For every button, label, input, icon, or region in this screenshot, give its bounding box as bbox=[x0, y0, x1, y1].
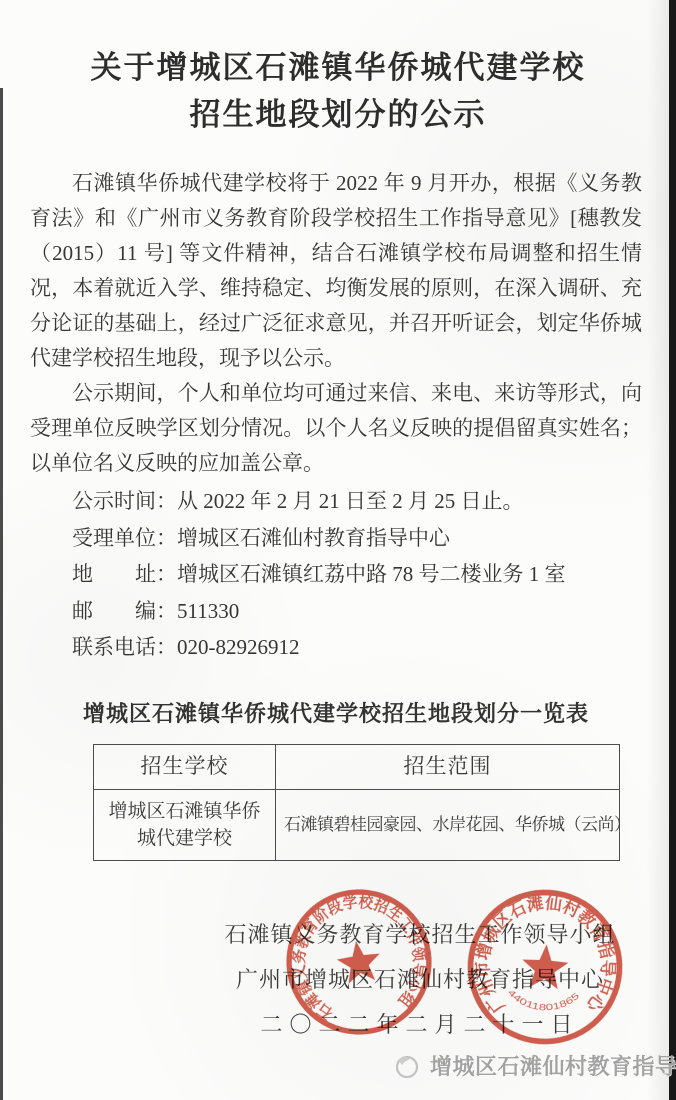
cell-enroll-range: 石滩镇碧桂园豪园、水岸花园、华侨城（云尚） bbox=[276, 789, 620, 860]
header-school: 招生学校 bbox=[94, 744, 276, 789]
info-label: 邮 编： bbox=[72, 599, 177, 623]
scan-edge-right bbox=[669, 0, 676, 1100]
footer-watermark-text: 增城区石滩仙村教育指导中心 bbox=[430, 1050, 676, 1081]
info-value: 从 2022 年 2 月 21 日至 2 月 25 日止。 bbox=[177, 489, 524, 513]
info-line-phone: 联系电话：020-82926912 bbox=[30, 629, 642, 666]
paragraph-intro: 石滩镇华侨城代建学校将于 2022 年 9 月开办，根据《义务教育法》和《广州市… bbox=[30, 166, 642, 376]
info-label: 公示时间： bbox=[72, 489, 177, 513]
info-line-postcode: 邮 编：511330 bbox=[30, 593, 642, 630]
seal-star-icon bbox=[335, 938, 384, 985]
info-label: 联系电话： bbox=[72, 635, 177, 659]
scan-edge-shade bbox=[647, 0, 669, 1100]
contact-info: 公示时间：从 2022 年 2 月 21 日至 2 月 25 日止。 受理单位：… bbox=[30, 483, 642, 666]
footer-watermark: 增城区石滩仙村教育指导中心 bbox=[392, 1050, 676, 1081]
document-page: 关于增城区石滩镇华侨城代建学校 招生地段划分的公示 石滩镇华侨城代建学校将于 2… bbox=[0, 0, 676, 1100]
official-seal-right-icon: 广州市增城区石滩仙村教育指导中心 4401180186549 bbox=[455, 880, 636, 1053]
info-value: 增城区石滩镇红荔中路 78 号二楼业务 1 室 bbox=[177, 562, 566, 586]
info-line-unit: 受理单位：增城区石滩仙村教育指导中心 bbox=[30, 520, 642, 557]
zone-table-caption: 增城区石滩镇华侨城代建学校招生地段划分一览表 bbox=[30, 696, 642, 731]
info-label: 地 址： bbox=[72, 562, 177, 586]
info-line-address: 地 址：增城区石滩镇红荔中路 78 号二楼业务 1 室 bbox=[30, 556, 642, 593]
document-body: 石滩镇华侨城代建学校将于 2022 年 9 月开办，根据《义务教育法》和《广州市… bbox=[30, 166, 642, 861]
paragraph-feedback: 公示期间，个人和单位均可通过来信、来电、来访等形式，向受理单位反映学区划分情况。… bbox=[30, 376, 642, 481]
info-value: 511330 bbox=[177, 599, 239, 623]
seal-star-icon bbox=[520, 943, 569, 990]
info-value: 增城区石滩仙村教育指导中心 bbox=[177, 526, 450, 550]
zone-table-section: 增城区石滩镇华侨城代建学校招生地段划分一览表 招生学校 招生范围 增城区石滩镇华… bbox=[30, 696, 642, 861]
footer-logo-icon bbox=[392, 1051, 422, 1081]
info-value: 020-82926912 bbox=[177, 635, 300, 659]
document-title: 关于增城区石滩镇华侨城代建学校 招生地段划分的公示 bbox=[40, 44, 636, 138]
header-range: 招生范围 bbox=[276, 744, 620, 789]
scan-edge-left bbox=[0, 88, 3, 1100]
table-row: 增城区石滩镇华侨城代建学校 石滩镇碧桂园豪园、水岸花园、华侨城（云尚） bbox=[94, 789, 620, 860]
info-label: 受理单位： bbox=[72, 526, 177, 550]
cell-school-name: 增城区石滩镇华侨城代建学校 bbox=[94, 789, 276, 860]
official-seal-left-icon: 石滩镇义务教育阶段学校招生工作领导小组 bbox=[272, 868, 446, 1056]
zone-table: 招生学校 招生范围 增城区石滩镇华侨城代建学校 石滩镇碧桂园豪园、水岸花园、华侨… bbox=[93, 744, 620, 861]
document-title-line2: 招生地段划分的公示 bbox=[40, 91, 636, 138]
document-title-line1: 关于增城区石滩镇华侨城代建学校 bbox=[40, 44, 636, 91]
info-line-period: 公示时间：从 2022 年 2 月 21 日至 2 月 25 日止。 bbox=[30, 483, 642, 520]
zone-table-header-row: 招生学校 招生范围 bbox=[94, 744, 620, 789]
